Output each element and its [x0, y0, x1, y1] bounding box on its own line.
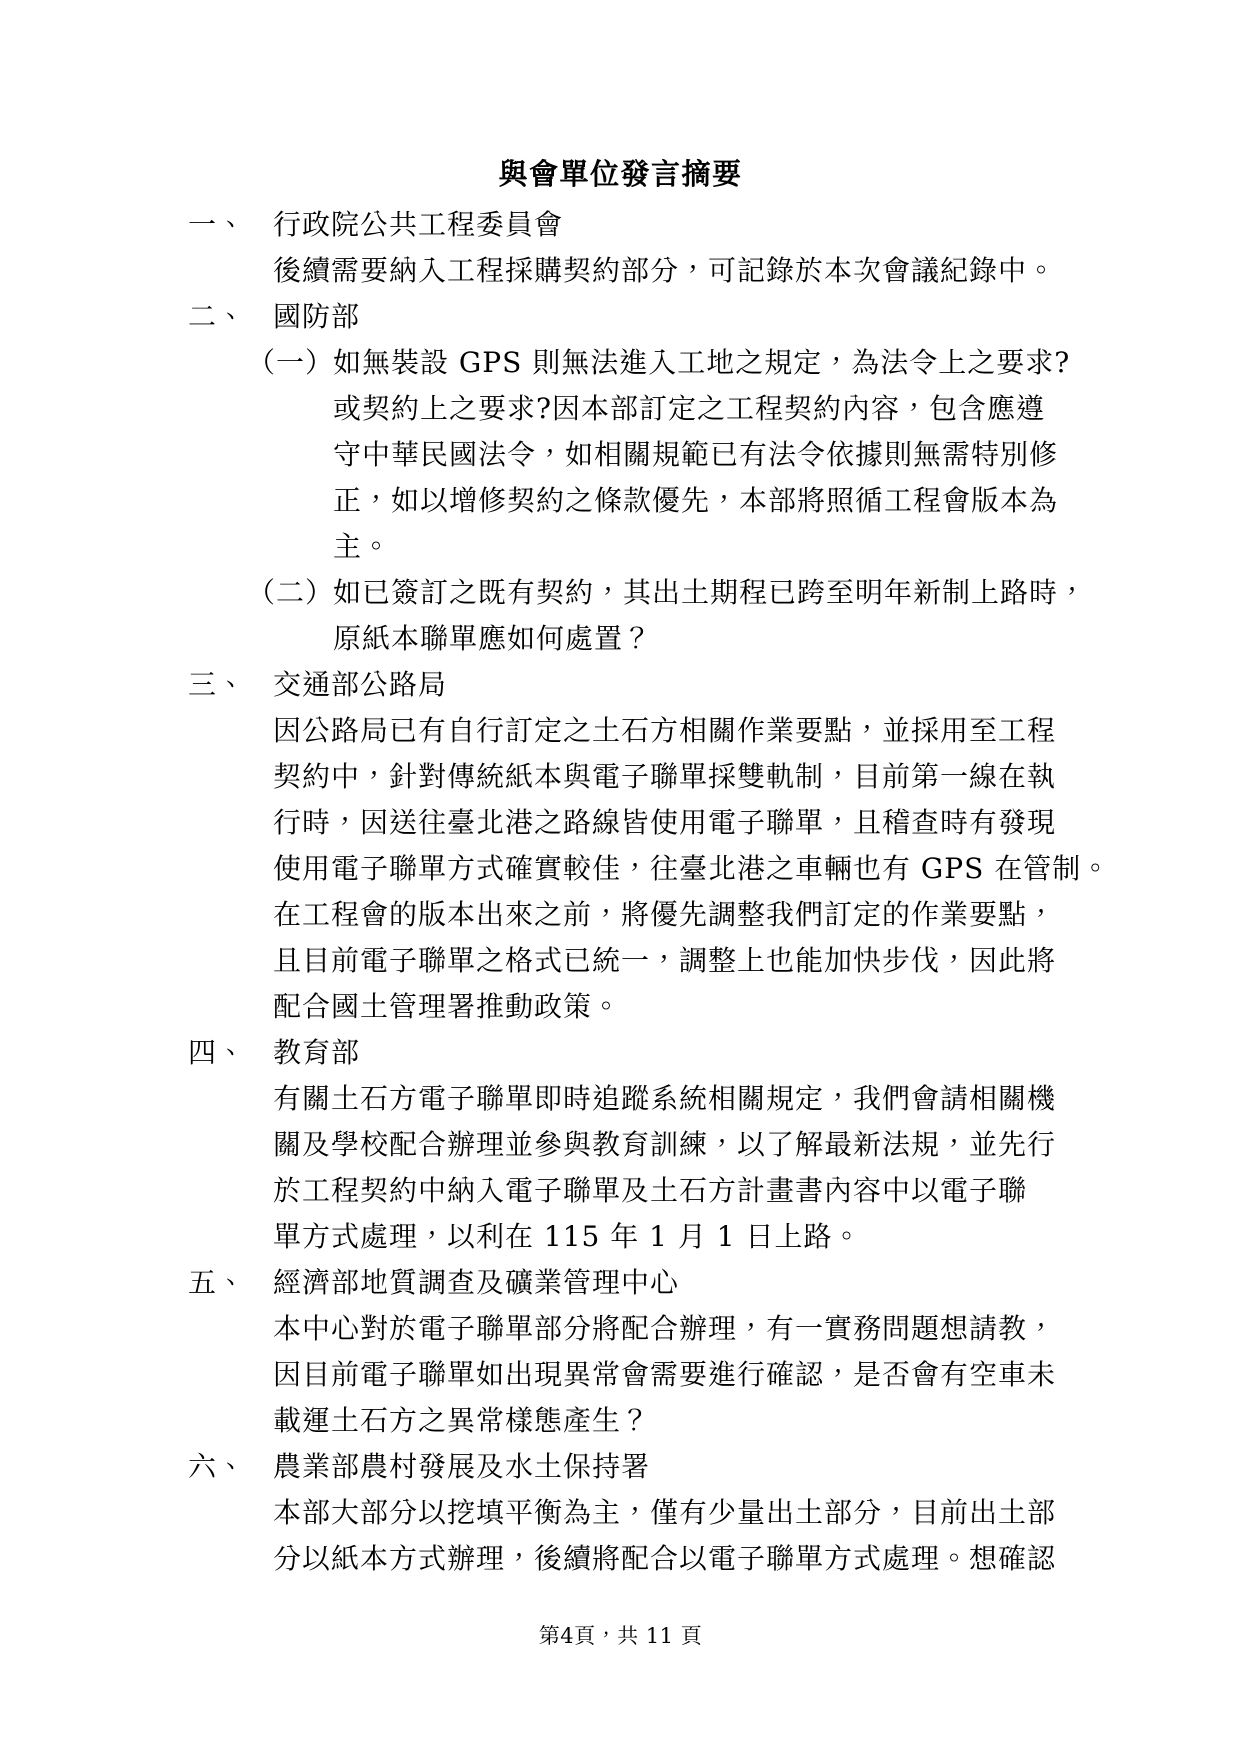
subitem-line: （二） 如已簽訂之既有契約，其出土期程已跨至明年新制上路時， — [0, 570, 1241, 616]
body-text: 正，如以增修契約之條款優先，本部將照循工程會版本為 — [333, 484, 1058, 517]
body-text: 關及學校配合辦理並參與教育訓練，以了解最新法規，並先行 — [273, 1128, 1056, 1161]
body-line: 原紙本聯單應如何處置？ — [0, 616, 1241, 662]
body-text: 契約中，針對傳統紙本與電子聯單採雙軌制，目前第一線在執 — [273, 760, 1056, 793]
agency-name: 教育部 — [273, 1036, 360, 1069]
item-number: 六、 — [188, 1444, 246, 1490]
body-text: 有關土石方電子聯單即時追蹤系統相關規定，我們會請相關機 — [273, 1082, 1056, 1115]
body-text: 分以紙本方式辦理，後續將配合以電子聯單方式處理。想確認 — [273, 1542, 1056, 1575]
body-line: 使用電子聯單方式確實較佳，往臺北港之車輛也有 GPS 在管制。 — [0, 846, 1241, 892]
body-text: 本中心對於電子聯單部分將配合辦理，有一實務問題想請教， — [273, 1312, 1056, 1345]
body-text: 因目前電子聯單如出現異常會需要進行確認，是否會有空車未 — [273, 1358, 1056, 1391]
body-text: 在工程會的版本出來之前，將優先調整我們訂定的作業要點， — [273, 898, 1056, 931]
body-text: 或契約上之要求?因本部訂定之工程契約內容，包含應遵 — [333, 392, 1045, 425]
agency-name: 交通部公路局 — [273, 668, 447, 701]
body-text: 載運土石方之異常樣態產生？ — [273, 1404, 650, 1437]
body-text: 配合國土管理署推動政策。 — [273, 990, 621, 1023]
body-line: 載運土石方之異常樣態產生？ — [0, 1398, 1241, 1444]
body-text: 使用電子聯單方式確實較佳，往臺北港之車輛也有 GPS 在管制。 — [273, 852, 1110, 885]
item-heading-line: 四、 教育部 — [0, 1030, 1241, 1076]
body-line: 關及學校配合辦理並參與教育訓練，以了解最新法規，並先行 — [0, 1122, 1241, 1168]
body-line: 守中華民國法令，如相關規範已有法令依據則無需特別修 — [0, 432, 1241, 478]
page-number-footer: 第4頁，共 11 頁 — [0, 1622, 1241, 1650]
agency-name: 經濟部地質調查及礦業管理中心 — [273, 1266, 679, 1299]
document-content: 與會單位發言摘要 一、 行政院公共工程委員會 後續需要納入工程採購契約部分，可記… — [0, 151, 1241, 1582]
body-line: 因目前電子聯單如出現異常會需要進行確認，是否會有空車未 — [0, 1352, 1241, 1398]
item-heading-line: 五、 經濟部地質調查及礦業管理中心 — [0, 1260, 1241, 1306]
item-number: 四、 — [188, 1030, 246, 1076]
body-line: 或契約上之要求?因本部訂定之工程契約內容，包含應遵 — [0, 386, 1241, 432]
body-line: 本部大部分以挖填平衡為主，僅有少量出土部分，目前出土部 — [0, 1490, 1241, 1536]
item-heading-line: 一、 行政院公共工程委員會 — [0, 202, 1241, 248]
body-line: 於工程契約中納入電子聯單及土石方計畫書內容中以電子聯 — [0, 1168, 1241, 1214]
body-text: 單方式處理，以利在 115 年 1 月 1 日上路。 — [273, 1220, 861, 1253]
body-line: 且目前電子聯單之格式已統一，調整上也能加快步伐，因此將 — [0, 938, 1241, 984]
body-line: 單方式處理，以利在 115 年 1 月 1 日上路。 — [0, 1214, 1241, 1260]
body-line: 後續需要納入工程採購契約部分，可記錄於本次會議紀錄中。 — [0, 248, 1241, 294]
item-heading-line: 三、 交通部公路局 — [0, 662, 1241, 708]
item-heading-line: 二、 國防部 — [0, 294, 1241, 340]
body-text: 且目前電子聯單之格式已統一，調整上也能加快步伐，因此將 — [273, 944, 1056, 977]
body-text: 後續需要納入工程採購契約部分，可記錄於本次會議紀錄中。 — [273, 254, 1056, 287]
item-number: 二、 — [188, 294, 246, 340]
body-text: 於工程契約中納入電子聯單及土石方計畫書內容中以電子聯 — [273, 1174, 1027, 1207]
agency-name: 行政院公共工程委員會 — [273, 208, 563, 241]
subitem-number: （二） — [247, 570, 334, 616]
body-line: 因公路局已有自行訂定之土石方相關作業要點，並採用至工程 — [0, 708, 1241, 754]
body-text: 如無裝設 GPS 則無法進入工地之規定，為法令上之要求? — [333, 346, 1070, 379]
body-line: 主。 — [0, 524, 1241, 570]
body-line: 正，如以增修契約之條款優先，本部將照循工程會版本為 — [0, 478, 1241, 524]
body-line: 契約中，針對傳統紙本與電子聯單採雙軌制，目前第一線在執 — [0, 754, 1241, 800]
item-number: 五、 — [188, 1260, 246, 1306]
body-text: 行時，因送往臺北港之路線皆使用電子聯單，且稽查時有發現 — [273, 806, 1056, 839]
body-line: 有關土石方電子聯單即時追蹤系統相關規定，我們會請相關機 — [0, 1076, 1241, 1122]
subitem-line: （一） 如無裝設 GPS 則無法進入工地之規定，為法令上之要求? — [0, 340, 1241, 386]
item-heading-line: 六、 農業部農村發展及水土保持署 — [0, 1444, 1241, 1490]
body-line: 在工程會的版本出來之前，將優先調整我們訂定的作業要點， — [0, 892, 1241, 938]
agency-name: 農業部農村發展及水土保持署 — [273, 1450, 650, 1483]
body-text: 本部大部分以挖填平衡為主，僅有少量出土部分，目前出土部 — [273, 1496, 1056, 1529]
subitem-number: （一） — [247, 340, 334, 386]
body-line: 配合國土管理署推動政策。 — [0, 984, 1241, 1030]
body-text: 主。 — [333, 530, 391, 563]
body-text: 原紙本聯單應如何處置？ — [333, 622, 652, 655]
agency-name: 國防部 — [273, 300, 360, 333]
item-number: 一、 — [188, 202, 246, 248]
body-text: 守中華民國法令，如相關規範已有法令依據則無需特別修 — [333, 438, 1058, 471]
page-title: 與會單位發言摘要 — [0, 151, 1241, 197]
body-line: 行時，因送往臺北港之路線皆使用電子聯單，且稽查時有發現 — [0, 800, 1241, 846]
body-line: 分以紙本方式辦理，後續將配合以電子聯單方式處理。想確認 — [0, 1536, 1241, 1582]
item-number: 三、 — [188, 662, 246, 708]
document-page: 與會單位發言摘要 一、 行政院公共工程委員會 後續需要納入工程採購契約部分，可記… — [0, 0, 1241, 1755]
body-text: 因公路局已有自行訂定之土石方相關作業要點，並採用至工程 — [273, 714, 1056, 747]
body-line: 本中心對於電子聯單部分將配合辦理，有一實務問題想請教， — [0, 1306, 1241, 1352]
body-text: 如已簽訂之既有契約，其出土期程已跨至明年新制上路時， — [333, 576, 1087, 609]
